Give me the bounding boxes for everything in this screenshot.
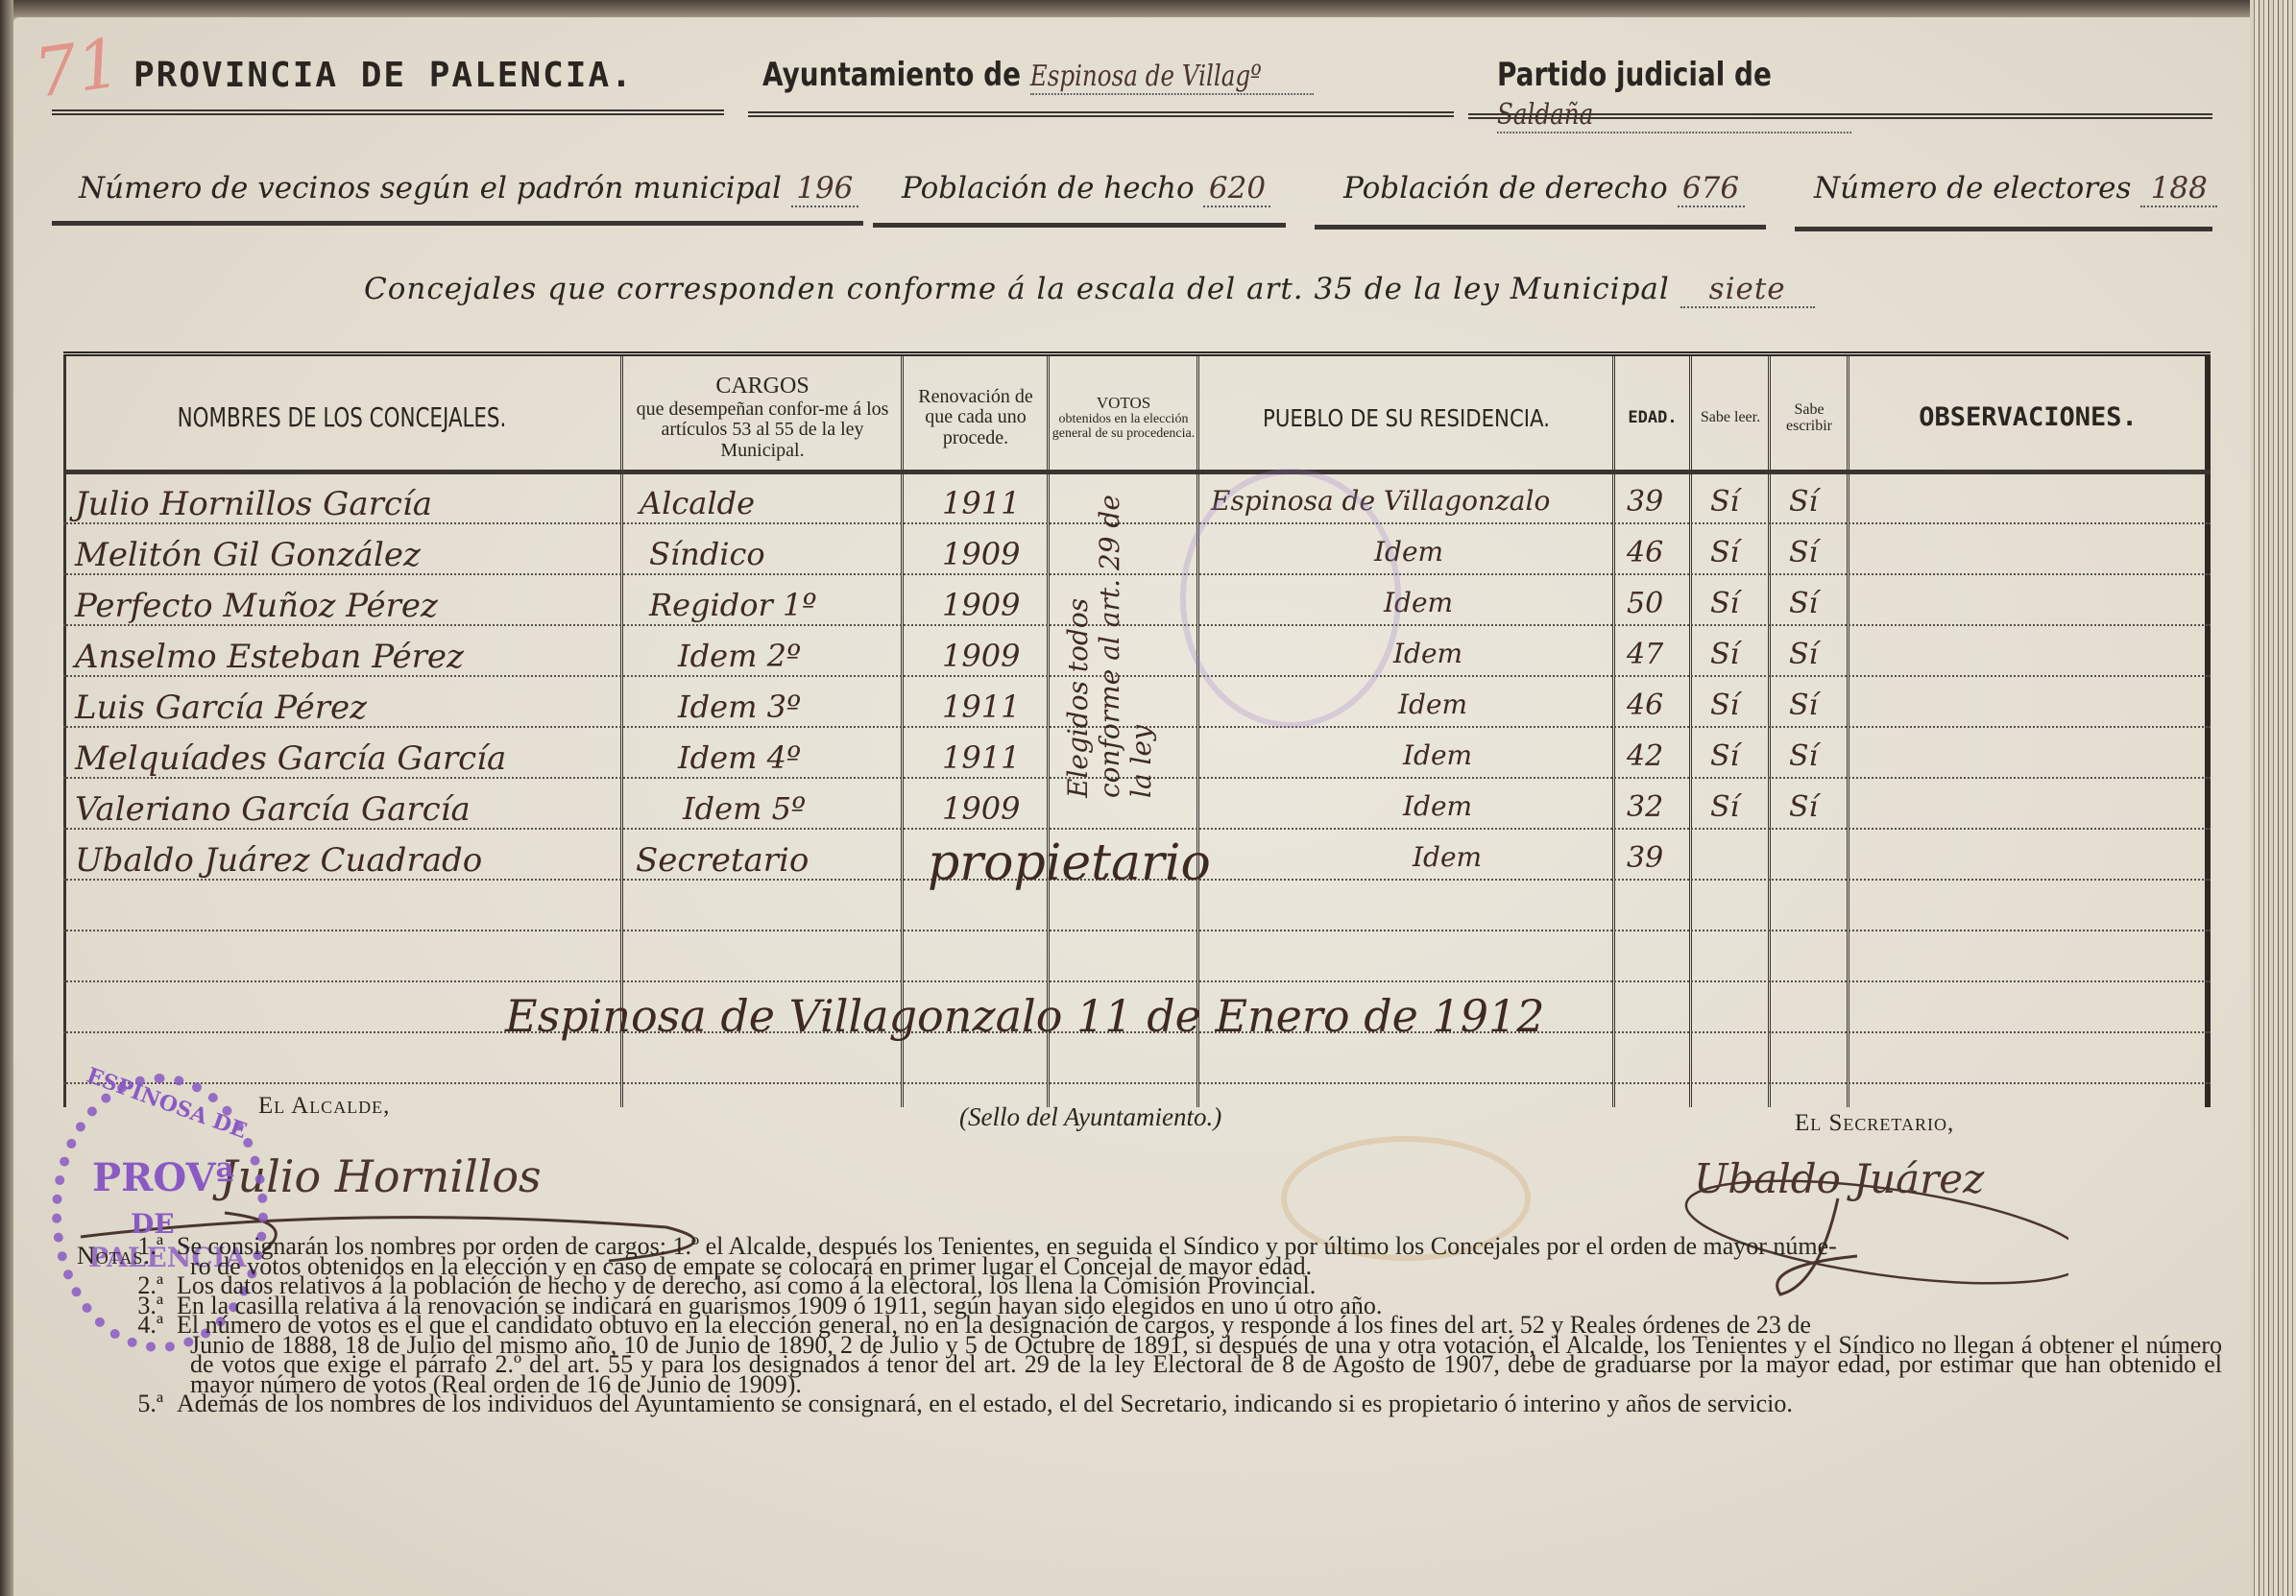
header-votos: VOTOS obtenidos en la elección general d…: [1051, 366, 1196, 470]
cell-edad: 46: [1627, 536, 1663, 569]
margin-folio-mark: 71: [30, 23, 126, 113]
cell-escribir: Sí: [1789, 587, 1818, 620]
cell-nombre: Melitón Gil González: [75, 536, 421, 574]
cell-renovacion-propietario: propietario: [928, 834, 1211, 892]
note-continuation: Junio de 1888, 18 de Julio del mismo año…: [71, 1336, 2222, 1395]
book-page-edges: [2250, 0, 2296, 1596]
row-line: [63, 980, 2211, 982]
cargos-subtitle: que desempeñan confor-me á los artículos…: [624, 399, 901, 462]
votos-title: VOTOS: [1097, 395, 1150, 412]
cell-renovacion: 1909: [942, 536, 1020, 572]
derecho-value: 676: [1678, 171, 1745, 207]
note-number: 4.ª: [71, 1316, 177, 1336]
faint-seal-stamp: [1180, 469, 1401, 728]
cell-escribir: Sí: [1789, 689, 1818, 722]
electores-field: Número de electores 188: [1814, 171, 2217, 207]
cell-escribir: Sí: [1789, 536, 1818, 569]
cell-nombre: Anselmo Esteban Pérez: [75, 638, 464, 676]
cell-nombre: Perfecto Muñoz Pérez: [75, 587, 438, 625]
divider: [748, 111, 1454, 117]
poblacion-derecho-field: Población de derecho 676: [1343, 171, 1745, 207]
electores-value: 188: [2140, 171, 2217, 207]
cell-renovacion: 1909: [942, 790, 1020, 827]
cell-nombre: Ubaldo Juárez Cuadrado: [75, 841, 482, 880]
cell-escribir: Sí: [1789, 485, 1818, 519]
cell-cargo: Síndico: [649, 536, 765, 572]
cell-renovacion: 1911: [942, 689, 1020, 725]
vecinos-field: Número de vecinos según el padrón munici…: [79, 171, 858, 207]
cell-edad: 47: [1627, 638, 1663, 671]
cell-edad: 39: [1627, 841, 1663, 875]
cell-nombre: Melquíades García García: [75, 739, 506, 778]
cell-edad: 46: [1627, 689, 1663, 722]
header-cargos: CARGOS que desempeñan confor-me á los ar…: [624, 366, 901, 470]
cell-escribir: Sí: [1789, 638, 1818, 671]
divider: [52, 221, 863, 226]
vecinos-value: 196: [791, 171, 858, 207]
cell-leer: Sí: [1710, 536, 1739, 569]
vecinos-label: Número de vecinos según el padrón munici…: [79, 171, 782, 206]
cell-nombre: Julio Hornillos García: [75, 485, 432, 523]
partido-field: Partido judicial de Saldaña: [1497, 56, 2115, 133]
poblacion-hecho-field: Población de hecho 620: [902, 171, 1270, 207]
cell-leer: Sí: [1710, 587, 1739, 620]
cell-cargo: Idem 3º: [678, 689, 801, 725]
secretario-label: El Secretario,: [1795, 1110, 1954, 1137]
alcalde-label: El Alcalde,: [258, 1093, 390, 1120]
stamp-text-prov: PROVª: [92, 1155, 234, 1200]
concejales-field: Concejales que corresponden conforme á l…: [364, 272, 1815, 308]
cell-escribir: Sí: [1789, 790, 1818, 824]
cell-edad: 39: [1627, 485, 1663, 519]
header-observaciones: OBSERVACIONES.: [1850, 366, 2206, 470]
ayuntamiento-field: Ayuntamiento de Espinosa de Villagº: [762, 56, 1314, 95]
cell-edad: 32: [1627, 790, 1663, 824]
divider: [1315, 225, 1766, 230]
header-renovacion: Renovación de que cada uno procede.: [905, 366, 1047, 470]
cell-renovacion: 1909: [942, 638, 1020, 674]
divider: [52, 109, 724, 115]
header-pueblo: PUEBLO DE SU RESIDENCIA.: [1231, 366, 1582, 470]
cell-renovacion: 1909: [942, 587, 1020, 623]
cell-nombre: Valeriano García García: [75, 790, 471, 829]
cell-leer: Sí: [1710, 739, 1739, 773]
hecho-label: Población de hecho: [902, 171, 1195, 206]
cell-cargo: Secretario: [636, 841, 809, 880]
cell-renovacion: 1911: [942, 485, 1020, 521]
cell-cargo: Alcalde: [640, 485, 755, 521]
cell-edad: 42: [1627, 739, 1663, 773]
divider: [1468, 113, 2212, 119]
note-item: 5.ª Además de los nombres de los individ…: [71, 1394, 2222, 1415]
header-nombres: NOMBRES DE LOS CONCEJALES.: [106, 366, 579, 470]
derecho-label: Población de derecho: [1343, 171, 1668, 206]
cell-leer: Sí: [1710, 790, 1739, 824]
cell-cargo: Regidor 1º: [649, 587, 816, 623]
header-sabe-escribir: Sabe escribir: [1772, 366, 1847, 470]
notes-label: Notas.: [77, 1246, 151, 1267]
hecho-value: 620: [1203, 171, 1270, 207]
divider: [1795, 227, 2212, 231]
cell-pueblo: Idem: [1393, 638, 1462, 669]
divider: [873, 223, 1286, 228]
votos-subtitle: obtenidos en la elección general de su p…: [1051, 412, 1196, 441]
cell-cargo: Idem 4º: [678, 739, 801, 776]
votos-note: Elegidos todos conforme al art. 29 de la…: [1062, 481, 1157, 798]
header-edad: EDAD.: [1616, 366, 1689, 470]
sello-label: (Sello del Ayuntamiento.): [959, 1102, 1221, 1132]
place-date: Espinosa de Villagonzalo 11 de Enero de …: [505, 990, 1545, 1042]
cell-leer: Sí: [1710, 638, 1739, 671]
book-spine: [0, 0, 13, 1596]
header-separator: [63, 470, 2211, 474]
cell-cargo: Idem 5º: [683, 790, 806, 827]
notes-section: Notas. 1.ª Se consignarán los nombres po…: [71, 1237, 2222, 1415]
provincia-title: PROVINCIA DE PALENCIA.: [133, 56, 634, 95]
cell-escribir: Sí: [1789, 739, 1818, 773]
row-line: [63, 1082, 2211, 1084]
electores-label: Número de electores: [1814, 171, 2131, 206]
note-text: Además de los nombres de los individuos …: [177, 1394, 2222, 1415]
concejales-label: Concejales que corresponden conforme á l…: [364, 272, 1670, 306]
cell-nombre: Luis García Pérez: [75, 689, 367, 727]
row-line: [63, 930, 2211, 931]
note-number: 5.ª: [71, 1394, 177, 1415]
cell-cargo: Idem 2º: [678, 638, 801, 674]
cell-pueblo: Idem: [1403, 790, 1472, 822]
cell-leer: Sí: [1710, 485, 1739, 519]
cell-pueblo: Idem: [1403, 739, 1472, 771]
cell-pueblo: Idem: [1398, 689, 1467, 720]
ayuntamiento-label: Ayuntamiento de: [762, 56, 1021, 94]
partido-label: Partido judicial de: [1497, 56, 1772, 94]
concejales-value: siete: [1680, 272, 1815, 308]
cell-edad: 50: [1627, 587, 1663, 620]
cell-renovacion: 1911: [942, 739, 1020, 776]
concejales-table: NOMBRES DE LOS CONCEJALES. CARGOS que de…: [63, 351, 2211, 1102]
cell-pueblo: Idem: [1413, 841, 1482, 873]
cell-leer: Sí: [1710, 689, 1739, 722]
cargos-title: CARGOS: [715, 375, 809, 399]
header-sabe-leer: Sabe leer.: [1693, 366, 1768, 470]
ayuntamiento-value: Espinosa de Villagº: [1030, 60, 1314, 95]
document-page: 71 PROVINCIA DE PALENCIA. Ayuntamiento d…: [13, 17, 2250, 1596]
